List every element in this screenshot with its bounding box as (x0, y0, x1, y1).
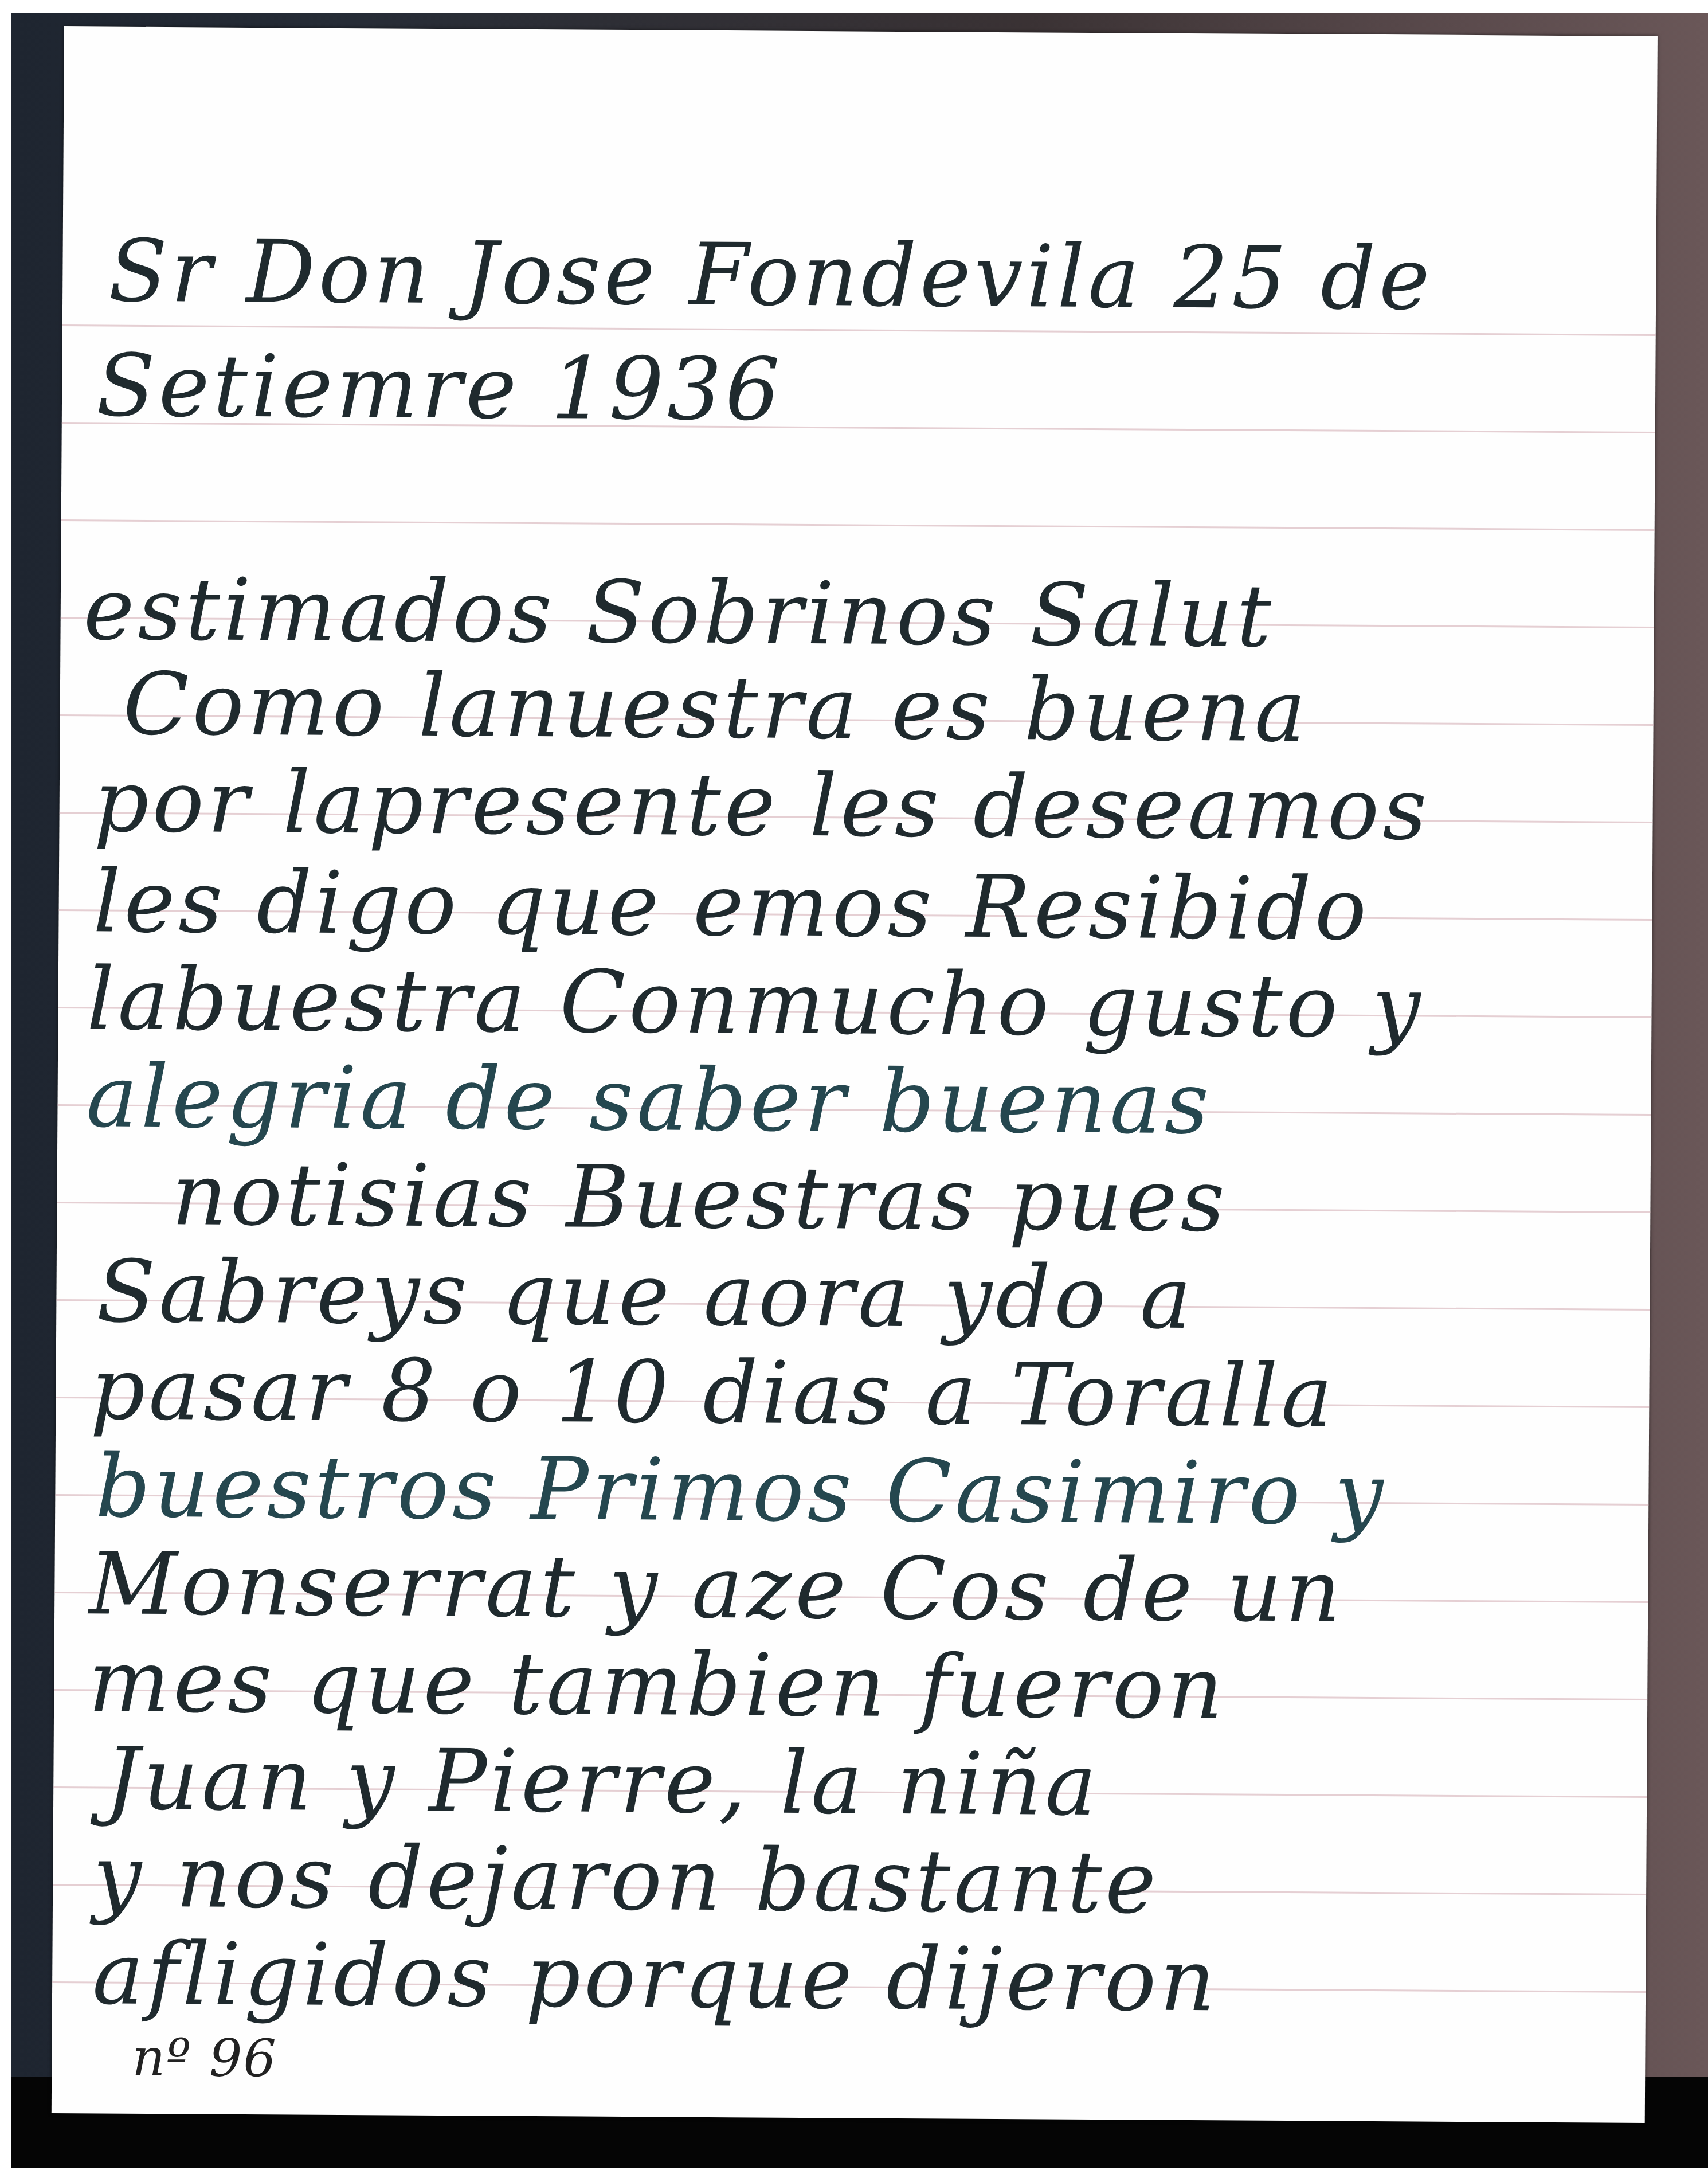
body-line: pasar 8 o 10 dias a Toralla (90, 1339, 1336, 1446)
header-salutation-date: Sr Don Jose Fondevila 25 de (108, 221, 1434, 329)
body-line: labuestra Conmucho gusto y (87, 949, 1424, 1057)
body-line: mes que tambien fueron (88, 1632, 1227, 1738)
body-line: les digo que emos Resibido (93, 852, 1370, 960)
body-line: alegria de saber buenas (86, 1047, 1212, 1154)
body-line: por lapresente les deseamos (93, 752, 1431, 859)
body-line: y nos dejaron bastante (93, 1827, 1160, 1933)
document-number: nº 96 (132, 2028, 277, 2089)
body-line: Monserrat y aze Cos de un (89, 1534, 1345, 1641)
body-line: buestros Primos Casimiro y (95, 1437, 1387, 1545)
body-line: Como lanuestra es buena (123, 655, 1310, 762)
body-line: estimados Sobrinos Salut (83, 560, 1275, 667)
header-month-year: Setiemre 1936 (96, 336, 784, 440)
letter-page: Sr Don Jose Fondevila 25 de Setiemre 193… (52, 26, 1658, 2123)
body-line: afligidos porque dijeron (92, 1924, 1219, 2031)
body-line: Sabreys que aora ydo a (96, 1242, 1195, 1348)
ruled-line (61, 519, 1655, 531)
body-line: notisias Buestras pues (171, 1145, 1228, 1251)
body-line: Juan y Pierre, la niña (105, 1729, 1100, 1835)
